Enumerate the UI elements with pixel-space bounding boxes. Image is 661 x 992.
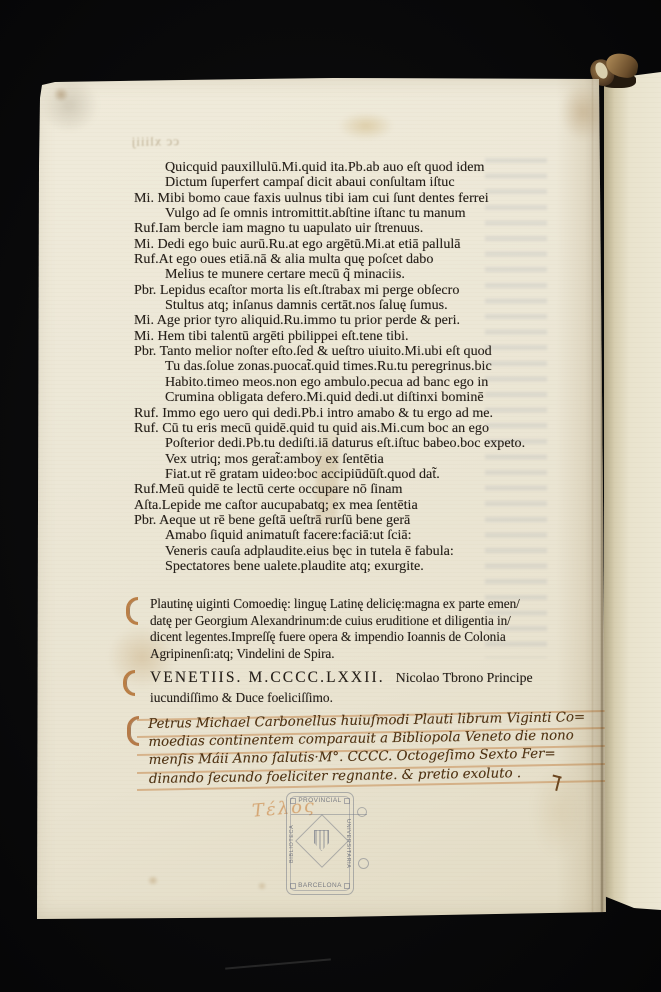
stamp-top-label: PROVINCIAL bbox=[298, 797, 341, 804]
imprint-line: iucundiſſimo & Duce foeliciſſimo. bbox=[150, 690, 533, 706]
library-stamp: PROVINCIAL BARCELONA BIBLIOTECA UNIVERSI… bbox=[286, 792, 354, 895]
printed-text-line: Amabo ſiquid animatuſt facere:faciā:ut ſ… bbox=[134, 528, 586, 543]
stamp-top-text: PROVINCIAL bbox=[286, 797, 354, 804]
printed-text-line: Mi. Dedi ego buic aurū.Ru.at ego argētū.… bbox=[134, 237, 586, 252]
colophon-paragraph: Plautinę uiginti Comoedię: linguę Latinę… bbox=[150, 596, 580, 662]
printed-text-line: Quicquid pauxillulū.Mi.quid ita.Pb.ab au… bbox=[134, 160, 586, 175]
imprint-place-date: VENETIIS. M.CCCC.LXXII. bbox=[150, 669, 385, 686]
imprint-line: VENETIIS. M.CCCC.LXXII. Nicolao Tbrono P… bbox=[150, 669, 533, 687]
printed-text-line: Ruf. Immo ego uero qui dedi.Pb.i intro a… bbox=[134, 406, 586, 421]
stamp-ornament-icon bbox=[344, 798, 350, 804]
paper-texture bbox=[604, 72, 661, 910]
printed-text-line: Vulgo ad ſe omnis intromittit.abſtine iſ… bbox=[134, 206, 586, 221]
printed-text-line: Ruf.At ego oues etiā.nā & alia multa quę… bbox=[134, 252, 586, 267]
stamp-bottom-text: BARCELONA bbox=[286, 882, 354, 889]
printed-text-line: Ruf. Cū tu eris mecū quidē.quid tu quid … bbox=[134, 421, 586, 436]
colophon-line: datę per Georgium Alexandrinum:de cuius … bbox=[150, 613, 580, 630]
page-crease bbox=[592, 76, 593, 919]
stamp-circle-icon bbox=[358, 858, 369, 869]
printed-text-line: Spectatores bene ualete.plaudite atq; ex… bbox=[134, 559, 586, 574]
printed-text-line: Vex utriq; mos gerat̃:amboy ex ſentētia bbox=[134, 452, 586, 467]
printed-text-line: Ruf.Meū quidē te lectū certe occupare nō… bbox=[134, 482, 586, 497]
printed-text-line: Veneris cauſa adplaudite.eius bęc in tut… bbox=[134, 544, 586, 559]
imprint-doge-name: Nicolao Tbrono Principe bbox=[396, 670, 533, 685]
printed-text-line: Poſterior dedi.Pb.tu dediſti.iā daturus … bbox=[134, 436, 586, 451]
imprint-block: VENETIIS. M.CCCC.LXXII. Nicolao Tbrono P… bbox=[150, 669, 533, 706]
stamp-ornament-icon bbox=[344, 883, 350, 889]
stamp-bottom-label: BARCELONA bbox=[298, 882, 342, 889]
facing-page-edge bbox=[604, 72, 661, 910]
printed-text-line: Mi. Mibi bomo caue faxis uulnus tibi iam… bbox=[134, 191, 586, 206]
colophon-line: dicent legentes.Impreſſę fuere opera & i… bbox=[150, 629, 580, 646]
gutter-crease bbox=[601, 76, 603, 919]
printed-text-line: Mi. Hem tibi talentū argēti pbilippei eſ… bbox=[134, 329, 586, 344]
printed-text-line: Dictum ſuperfert campaſ dicit abaui conſ… bbox=[134, 175, 586, 190]
stamp-ornament-icon bbox=[290, 798, 296, 804]
printed-text-line: Fiat.ut rē gratam uideo:boc accipiūdūſt.… bbox=[134, 467, 586, 482]
manuscript-ownership-note: Petrus Michael Carbonellus huiuſmodi Pla… bbox=[148, 709, 601, 789]
colophon-line: Plautinę uiginti Comoedię: linguę Latinę… bbox=[150, 596, 580, 613]
printed-text-line: Crumina obligata defero.Mi.quid dedi.ut … bbox=[134, 390, 586, 405]
colophon-line: Agripinenſi:atq; Vindelini de Spira. bbox=[150, 646, 580, 663]
printed-text-line: Tu das.ſolue zonas.puocat̃.quid times.Ru… bbox=[134, 359, 586, 374]
printed-text-line: Mi. Age prior tyro aliquid.Ru.immo tu pr… bbox=[134, 313, 586, 328]
background-scratch bbox=[225, 958, 331, 969]
printed-text-line: Habito.timeo meos.non ego ambulo.pecua a… bbox=[134, 375, 586, 390]
stamp-line bbox=[291, 814, 367, 815]
printed-text-line: Ruf.Iam bercle iam magno tu uapulato uir… bbox=[134, 221, 586, 236]
printed-text-line: Melius te munere certare mecū q̃ minacii… bbox=[134, 267, 586, 282]
stamp-circle-icon bbox=[357, 807, 367, 817]
book-page: cc xliiij Quicquid pauxillulū.Mi.quid it… bbox=[33, 76, 608, 919]
stamp-ornament-icon bbox=[290, 883, 296, 889]
printed-text-line: Pbr. Lepidus ecaſtor morta lis eſt.ſtrab… bbox=[134, 283, 586, 298]
printed-text-line: Aſta.Lepide me caſtor aucupabatq; ex mea… bbox=[134, 498, 586, 513]
printed-text-line: Stultus atq; inſanus damnis certāt.nos ſ… bbox=[134, 298, 586, 313]
paragraph-mark-icon bbox=[127, 716, 139, 746]
printed-play-text: Quicquid pauxillulū.Mi.quid ita.Pb.ab au… bbox=[134, 160, 586, 574]
printed-text-line: Pbr. Aeque ut rē bene geſtā ueſtrā rurſū… bbox=[134, 513, 586, 528]
photo-black-background: cc xliiij Quicquid pauxillulū.Mi.quid it… bbox=[0, 0, 661, 992]
showthrough-folio-number: cc xliiij bbox=[83, 133, 179, 151]
